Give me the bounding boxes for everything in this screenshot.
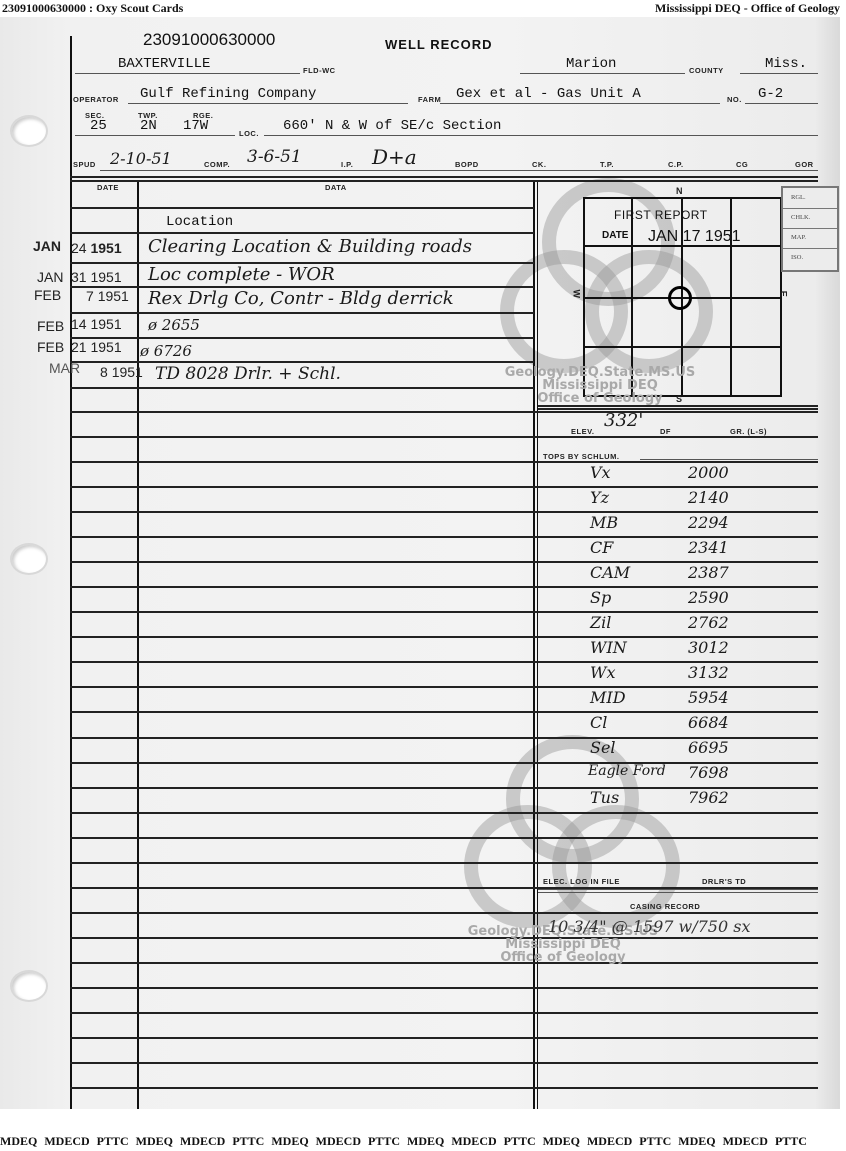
log-entry-text: Loc complete - WOR <box>148 264 335 285</box>
well-location-marker-icon <box>668 286 692 310</box>
loc-label: LOC. <box>239 129 259 138</box>
ruled-line <box>70 361 534 363</box>
formation-top-name: CF <box>590 538 613 557</box>
no-value: G-2 <box>758 86 783 102</box>
elec-log-underline <box>538 889 818 890</box>
plat-north: N <box>676 186 683 196</box>
operator-label: OPERATOR <box>73 95 119 104</box>
log-entry-month: FEB <box>34 287 61 303</box>
plat-divider <box>538 405 818 407</box>
footer-watermark: MDEQ MDECD PTTC MDEQ MDECD PTTC MDEQ MDE… <box>0 1134 846 1149</box>
elec-log-label: ELEC. LOG IN FILE <box>543 877 620 886</box>
ip-value: D+a <box>372 145 417 169</box>
log-entry-date: 24 1951 <box>71 240 122 256</box>
stamp-rgl: RGL. <box>783 188 837 209</box>
log-entry-date: 14 1951 <box>71 316 122 332</box>
formation-top-name: Sel <box>590 738 616 757</box>
tp-label: T.P. <box>600 160 614 169</box>
log-entry-date: 21 1951 <box>71 339 122 355</box>
farm-label: FARM <box>418 95 441 104</box>
ruled-line <box>70 411 818 413</box>
log-entry-date: 31 1951 <box>71 269 122 285</box>
ruled-line <box>70 387 534 389</box>
stamp-chlk: CHLK. <box>783 208 837 229</box>
log-entry-month: JAN <box>33 238 61 254</box>
comp-label: COMP. <box>204 160 230 169</box>
rge-value: 17W <box>183 118 208 134</box>
formation-top-name: Cl <box>590 713 607 732</box>
tops-label: TOPS BY SCHLUM. <box>543 452 619 461</box>
loc-underline <box>264 135 818 136</box>
county-label: COUNTY <box>689 66 724 75</box>
log-entry-text: TD 8028 Drlr. + Schl. <box>155 364 341 384</box>
ruled-line <box>70 862 818 864</box>
formation-top-name: MID <box>590 688 626 707</box>
formation-top-depth: 2000 <box>688 463 729 482</box>
log-entry-month: FEB <box>37 318 64 334</box>
formation-top-depth: 2762 <box>688 613 729 632</box>
ruled-line <box>70 232 534 234</box>
elev-value: 332' <box>604 410 643 431</box>
ck-label: CK. <box>532 160 546 169</box>
binder-hole <box>12 972 46 1000</box>
log-entry-text: ø 6726 <box>140 342 192 360</box>
casing-record-label: CASING RECORD <box>630 902 700 911</box>
county-underline <box>520 73 685 74</box>
county-value: Marion <box>566 56 616 72</box>
state-value: Miss. <box>765 56 807 72</box>
page-header-right: Mississippi DEQ - Office of Geology <box>655 0 840 16</box>
binder-hole <box>12 117 46 145</box>
date-column-header: DATE <box>97 183 119 192</box>
ruled-line <box>70 987 818 989</box>
no-underline <box>745 103 818 104</box>
formation-top-depth: 6695 <box>688 738 729 757</box>
field-label: FLD-WC <box>303 66 336 75</box>
log-entry-text: ø 2655 <box>148 316 200 334</box>
stamp-map: MAP. <box>783 228 837 249</box>
formation-top-depth: 7962 <box>688 788 729 807</box>
ruled-line <box>70 1012 818 1014</box>
casing-entry: 10 3/4" @ 1597 w/750 sx <box>548 917 750 936</box>
state-underline <box>740 73 818 74</box>
formation-top-name: Tus <box>590 788 619 807</box>
ruled-line <box>70 912 818 914</box>
formation-top-name: Sp <box>590 588 611 607</box>
operator-underline <box>128 103 408 104</box>
log-entry-text: Rex Drlg Co, Contr - Bldg derrick <box>148 288 454 309</box>
formation-top-depth: 2341 <box>688 538 729 557</box>
formation-top-depth: 3132 <box>688 663 729 682</box>
header-divider <box>70 176 818 178</box>
header-divider <box>70 180 818 182</box>
farm-value: Gex et al - Gas Unit A <box>456 86 641 102</box>
binder-hole <box>12 545 46 573</box>
comp-value: 3-6-51 <box>247 147 302 167</box>
stamp-iso: ISO. <box>783 248 837 268</box>
left-margin-line <box>70 36 72 1109</box>
ruled-line <box>70 312 534 314</box>
df-label: DF <box>660 427 671 436</box>
plat-east: E <box>778 291 788 298</box>
formation-top-name: Wx <box>590 663 615 682</box>
sec-value: 25 <box>90 118 107 134</box>
formation-top-name: CAM <box>590 563 630 582</box>
gor-label: GOR <box>795 160 814 169</box>
log-entry-text: Clearing Location & Building roads <box>148 236 472 257</box>
formation-top-name: MB <box>590 513 618 532</box>
formation-top-depth: 2590 <box>688 588 729 607</box>
ruled-line <box>70 1037 818 1039</box>
elec-log-underline <box>538 892 818 893</box>
first-report-date: JAN 17 1951 <box>648 228 741 246</box>
formation-top-name: Zil <box>590 613 611 632</box>
data-column-divider <box>533 180 535 1109</box>
formation-top-name: Vx <box>590 463 611 482</box>
farm-underline <box>440 103 720 104</box>
ruled-line <box>70 207 534 209</box>
ruled-line <box>70 1062 818 1064</box>
ruled-line <box>70 337 534 339</box>
log-title: Location <box>166 214 233 230</box>
log-entry-date: 7 1951 <box>86 288 129 304</box>
operator-value: Gulf Refining Company <box>140 86 316 102</box>
cg-label: CG <box>736 160 748 169</box>
elev-label: ELEV. <box>571 427 594 436</box>
ruled-line <box>70 837 818 839</box>
watermark-text: Geology.DEQ.State.MS.USMississippi DEQOf… <box>500 366 700 405</box>
plat-divider <box>538 408 818 410</box>
no-label: NO. <box>727 95 742 104</box>
formation-top-depth: 2294 <box>688 513 729 532</box>
first-report-label: FIRST REPORT <box>614 208 708 222</box>
page-header-left: 23091000630000 : Oxy Scout Cards <box>2 0 183 16</box>
drlr-td-label: DRLR'S TD <box>702 877 746 886</box>
formation-top-depth: 5954 <box>688 688 729 707</box>
log-entry-month: MAR <box>49 360 80 376</box>
ruled-line <box>70 962 818 964</box>
tops-underline <box>640 459 818 460</box>
data-column-header: DATA <box>325 183 347 192</box>
log-entry-month: JAN <box>37 269 63 285</box>
gr-label: GR. (L-S) <box>730 427 767 436</box>
spud-label: SPUD <box>73 160 96 169</box>
bopd-label: BOPD <box>455 160 479 169</box>
formation-top-depth: 3012 <box>688 638 729 657</box>
loc-value: 660' N & W of SE/c Section <box>283 118 501 134</box>
spud-line-underline <box>100 170 818 171</box>
log-entry-month: FEB <box>37 339 64 355</box>
card-title: WELL RECORD <box>385 37 493 52</box>
field-underline <box>75 73 300 74</box>
twp-value: 2N <box>140 118 157 134</box>
ruled-line <box>70 436 818 438</box>
log-entry-date: 8 1951 <box>100 364 143 380</box>
formation-top-depth: 2140 <box>688 488 729 507</box>
ruled-line <box>70 1087 818 1089</box>
formation-top-depth: 6684 <box>688 713 729 732</box>
data-column-divider <box>537 180 538 1109</box>
formation-top-name: Eagle Ford <box>588 763 666 779</box>
ruled-line <box>70 937 818 939</box>
formation-top-depth: 2387 <box>688 563 729 582</box>
date-column-divider <box>137 180 139 1109</box>
first-report-date-label: DATE <box>602 230 628 241</box>
ip-label: I.P. <box>341 160 353 169</box>
spud-value: 2-10-51 <box>110 149 172 168</box>
review-stamp: RGL. CHLK. MAP. ISO. <box>781 186 839 272</box>
formation-top-name: WIN <box>590 638 627 657</box>
sec-twp-rge-underline <box>75 135 235 136</box>
ruled-line <box>70 812 818 814</box>
api-number: 23091000630000 <box>143 30 275 50</box>
cp-label: C.P. <box>668 160 684 169</box>
field-value: BAXTERVILLE <box>118 56 210 72</box>
plat-west: W <box>572 290 582 299</box>
formation-top-name: Yz <box>590 488 609 507</box>
formation-top-depth: 7698 <box>688 763 729 782</box>
